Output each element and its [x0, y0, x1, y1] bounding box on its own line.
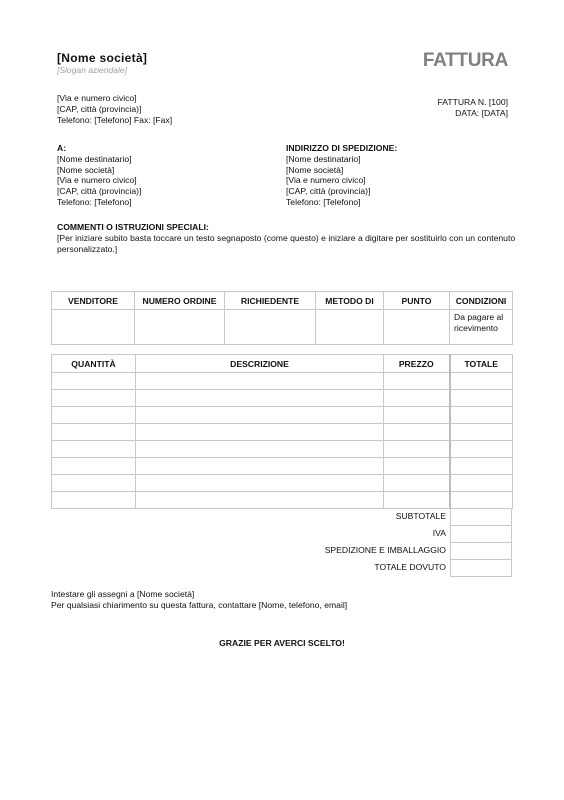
quantity-cell[interactable] [52, 390, 136, 407]
item-row [52, 390, 513, 407]
total-due-label: TOTALE DOVUTO [374, 562, 446, 572]
item-row [52, 407, 513, 424]
header-requester: RICHIEDENTE [225, 292, 316, 310]
total-cell[interactable] [450, 373, 513, 390]
description-cell[interactable] [136, 441, 384, 458]
total-cell[interactable] [450, 424, 513, 441]
item-row [52, 492, 513, 509]
header-total: TOTALE [450, 355, 513, 373]
checks-payable-note[interactable]: Intestare gli assegni a [Nome società] [51, 589, 347, 600]
recipient-city[interactable]: [CAP, città (provincia)] [57, 186, 141, 197]
subtotal-value[interactable] [450, 508, 512, 526]
order-number-cell[interactable] [135, 310, 225, 345]
header-price: PREZZO [384, 355, 450, 373]
description-cell[interactable] [136, 458, 384, 475]
sender-city[interactable]: [CAP, città (provincia)] [57, 104, 172, 115]
quantity-cell[interactable] [52, 441, 136, 458]
shipping-company[interactable]: [Nome società] [286, 165, 397, 176]
total-due-row: TOTALE DOVUTO [300, 559, 512, 576]
price-cell[interactable] [384, 407, 450, 424]
vat-row: IVA [300, 525, 512, 542]
header-order-number: NUMERO ORDINE [135, 292, 225, 310]
recipient-block: A: [Nome destinatario] [Nome società] [V… [57, 143, 141, 208]
vat-label: IVA [433, 528, 446, 538]
price-cell[interactable] [384, 475, 450, 492]
item-row [52, 475, 513, 492]
company-slogan[interactable]: [Slogan aziendale] [57, 65, 127, 75]
total-cell[interactable] [450, 475, 513, 492]
point-cell[interactable] [384, 310, 450, 345]
comments-label: COMMENTI O ISTRUZIONI SPECIALI: [57, 222, 517, 233]
description-cell[interactable] [136, 390, 384, 407]
vat-value[interactable] [450, 525, 512, 543]
shipping-city[interactable]: [CAP, città (provincia)] [286, 186, 397, 197]
seller-cell[interactable] [52, 310, 135, 345]
shipping-name[interactable]: [Nome destinatario] [286, 154, 397, 165]
invoice-meta: FATTURA N. [100] DATA: [DATA] [437, 97, 508, 119]
quantity-cell[interactable] [52, 373, 136, 390]
header-point: PUNTO [384, 292, 450, 310]
sender-address: [Via e numero civico] [CAP, città (provi… [57, 93, 172, 125]
sender-phone-fax[interactable]: Telefono: [Telefono] Fax: [Fax] [57, 115, 172, 126]
header-quantity: QUANTITÀ [52, 355, 136, 373]
total-cell[interactable] [450, 441, 513, 458]
description-cell[interactable] [136, 424, 384, 441]
total-cell[interactable] [450, 390, 513, 407]
footer-notes: Intestare gli assegni a [Nome società] P… [51, 589, 347, 611]
contact-note[interactable]: Per qualsiasi chiarimento su questa fatt… [51, 600, 347, 611]
price-cell[interactable] [384, 424, 450, 441]
header-terms: CONDIZIONI [450, 292, 513, 310]
header-shipping-method: METODO DI [316, 292, 384, 310]
recipient-label: A: [57, 143, 141, 154]
total-due-value[interactable] [450, 559, 512, 577]
description-cell[interactable] [136, 475, 384, 492]
shipping-label: INDIRIZZO DI SPEDIZIONE: [286, 143, 397, 154]
shipping-handling-label: SPEDIZIONE E IMBALLAGGIO [325, 545, 446, 555]
subtotal-label: SUBTOTALE [396, 511, 446, 521]
recipient-phone[interactable]: Telefono: [Telefono] [57, 197, 141, 208]
price-cell[interactable] [384, 441, 450, 458]
total-cell[interactable] [450, 407, 513, 424]
item-row [52, 424, 513, 441]
quantity-cell[interactable] [52, 458, 136, 475]
shipping-handling-row: SPEDIZIONE E IMBALLAGGIO [300, 542, 512, 559]
recipient-name[interactable]: [Nome destinatario] [57, 154, 141, 165]
shipping-street[interactable]: [Via e numero civico] [286, 175, 397, 186]
comments-block: COMMENTI O ISTRUZIONI SPECIALI: [Per ini… [57, 222, 517, 254]
quantity-cell[interactable] [52, 424, 136, 441]
thank-you-message: GRAZIE PER AVERCI SCELTO! [0, 638, 564, 648]
shipping-phone[interactable]: Telefono: [Telefono] [286, 197, 397, 208]
shipping-block: INDIRIZZO DI SPEDIZIONE: [Nome destinata… [286, 143, 397, 208]
header-description: DESCRIZIONE [136, 355, 384, 373]
sender-street[interactable]: [Via e numero civico] [57, 93, 172, 104]
price-cell[interactable] [384, 373, 450, 390]
total-cell[interactable] [450, 492, 513, 509]
items-table: QUANTITÀ DESCRIZIONE PREZZO TOTALE [51, 354, 513, 509]
comments-text[interactable]: [Per iniziare subito basta toccare un te… [57, 233, 517, 255]
item-row [52, 441, 513, 458]
header-seller: VENDITORE [52, 292, 135, 310]
description-cell[interactable] [136, 407, 384, 424]
description-cell[interactable] [136, 373, 384, 390]
recipient-street[interactable]: [Via e numero civico] [57, 175, 141, 186]
requester-cell[interactable] [225, 310, 316, 345]
price-cell[interactable] [384, 458, 450, 475]
items-header-row: QUANTITÀ DESCRIZIONE PREZZO TOTALE [52, 355, 513, 373]
price-cell[interactable] [384, 492, 450, 509]
recipient-company[interactable]: [Nome società] [57, 165, 141, 176]
order-header-row: VENDITORE NUMERO ORDINE RICHIEDENTE METO… [52, 292, 513, 310]
quantity-cell[interactable] [52, 407, 136, 424]
terms-cell[interactable]: Da pagare al ricevimento [450, 310, 513, 345]
description-cell[interactable] [136, 492, 384, 509]
item-row [52, 373, 513, 390]
price-cell[interactable] [384, 390, 450, 407]
order-data-row: Da pagare al ricevimento [52, 310, 513, 345]
invoice-number[interactable]: FATTURA N. [100] [437, 97, 508, 108]
invoice-date[interactable]: DATA: [DATA] [437, 108, 508, 119]
total-cell[interactable] [450, 458, 513, 475]
company-name[interactable]: [Nome società] [57, 51, 147, 65]
order-info-table: VENDITORE NUMERO ORDINE RICHIEDENTE METO… [51, 291, 513, 345]
document-title: FATTURA [423, 50, 508, 72]
item-row [52, 458, 513, 475]
quantity-cell[interactable] [52, 492, 136, 509]
shipping-method-cell[interactable] [316, 310, 384, 345]
subtotal-row: SUBTOTALE [300, 508, 512, 525]
shipping-handling-value[interactable] [450, 542, 512, 560]
quantity-cell[interactable] [52, 475, 136, 492]
